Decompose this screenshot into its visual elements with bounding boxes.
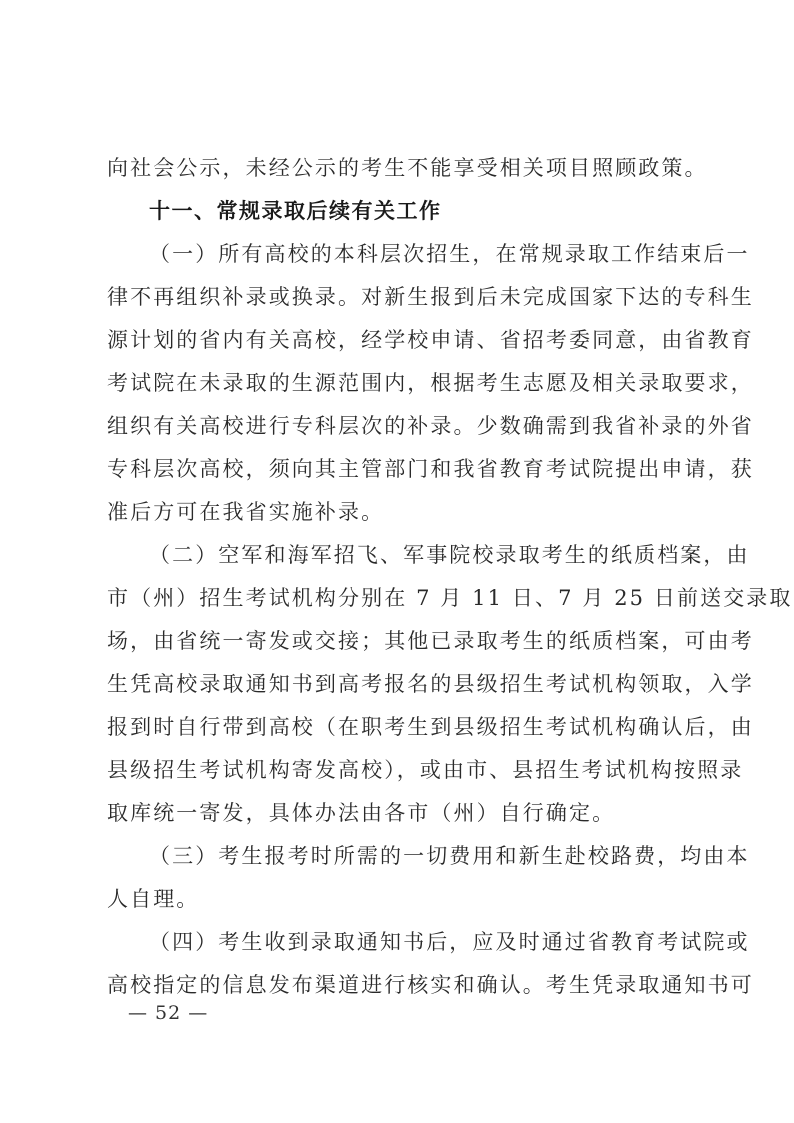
page-number: — 52 — — [128, 1000, 208, 1026]
body-text-line: 向社会公示，未经公示的考生不能享受相关项目照顾政策。 — [107, 154, 693, 182]
paragraph-2-start: （二）空军和海军招飞、军事院校录取考生的纸质档案，由 — [149, 541, 693, 569]
body-text-line: 人自理。 — [107, 885, 693, 913]
document-page: 向社会公示，未经公示的考生不能享受相关项目照顾政策。 十一、常规录取后续有关工作… — [0, 0, 794, 1123]
paragraph-4-start: （四）考生收到录取通知书后，应及时通过省教育考试院或 — [149, 928, 693, 956]
body-text-line: 场，由省统一寄发或交接；其他已录取考生的纸质档案，可由考 — [107, 627, 693, 655]
body-text-line: 生凭高校录取通知书到高考报名的县级招生考试机构领取，入学 — [107, 670, 693, 698]
body-text-line: 准后方可在我省实施补录。 — [107, 498, 693, 526]
paragraph-1-start: （一）所有高校的本科层次招生，在常规录取工作结束后一 — [149, 240, 693, 268]
body-text-line: 县级招生考试机构寄发高校），或由市、县招生考试机构按照录 — [107, 756, 693, 784]
body-text-line: 取库统一寄发，具体办法由各市（州）自行确定。 — [107, 799, 693, 827]
body-text-line: 组织有关高校进行专科层次的补录。少数确需到我省补录的外省 — [107, 412, 693, 440]
body-text-line: 报到时自行带到高校（在职考生到县级招生考试机构确认后，由 — [107, 713, 693, 741]
body-text-line: 源计划的省内有关高校，经学校申请、省招考委同意，由省教育 — [107, 326, 693, 354]
body-text-line: 律不再组织补录或换录。对新生报到后未完成国家下达的专科生 — [107, 283, 693, 311]
body-text-line: 高校指定的信息发布渠道进行核实和确认。考生凭录取通知书可 — [107, 971, 693, 999]
body-text-line: 专科层次高校，须向其主管部门和我省教育考试院提出申请，获 — [107, 455, 693, 483]
section-heading: 十一、常规录取后续有关工作 — [149, 197, 735, 225]
paragraph-3-start: （三）考生报考时所需的一切费用和新生赴校路费，均由本 — [149, 842, 693, 870]
body-text-line: 考试院在未录取的生源范围内，根据考生志愿及相关录取要求， — [107, 369, 693, 397]
body-text-line: 市（州）招生考试机构分别在 7 月 11 日、7 月 25 日前送交录取 — [107, 584, 693, 612]
